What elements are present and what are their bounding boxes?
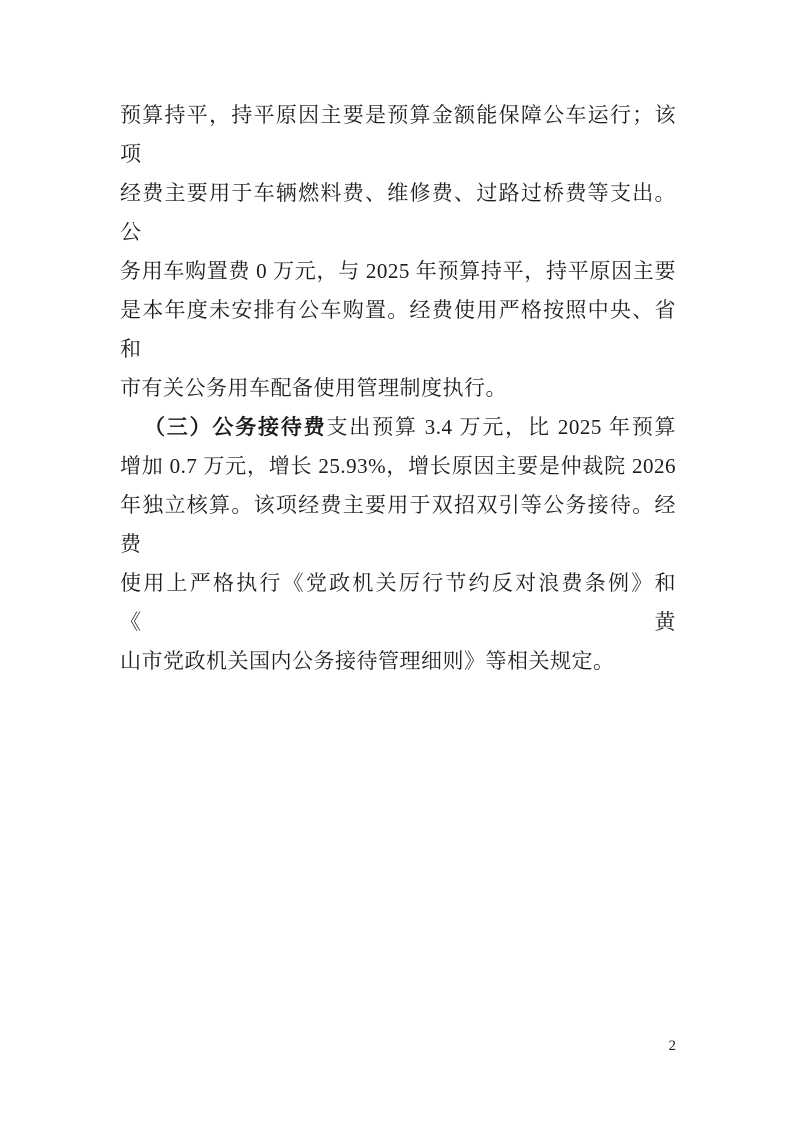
document-body: 预算持平，持平原因主要是预算金额能保障公车运行；该项 经费主要用于车辆燃料费、维… [120,96,676,681]
text-line: 经费主要用于车辆燃料费、维修费、过路过桥费等支出。公 [120,174,676,252]
paragraph-reception-expense: （三）公务接待费支出预算 3.4 万元，比 2025 年预算 增加 0.7 万元… [120,408,676,681]
text-line: 市有关公务用车配备使用管理制度执行。 [120,369,676,408]
page-number: 2 [120,1036,676,1056]
paragraph-vehicle-expense: 预算持平，持平原因主要是预算金额能保障公车运行；该项 经费主要用于车辆燃料费、维… [120,96,676,408]
document-page: 预算持平，持平原因主要是预算金额能保障公车运行；该项 经费主要用于车辆燃料费、维… [0,0,793,1122]
text-line: 务用车购置费 0 万元，与 2025 年预算持平，持平原因主要 [120,252,676,291]
text-line: 年独立核算。该项经费主要用于双招双引等公务接待。经费 [120,486,676,564]
section-heading-rest: 支出预算 3.4 万元，比 2025 年预算 [326,415,676,439]
section-heading: （三）公务接待费 [144,415,326,439]
text-line: （三）公务接待费支出预算 3.4 万元，比 2025 年预算 [120,408,676,447]
text-line: 是本年度未安排有公车购置。经费使用严格按照中央、省和 [120,291,676,369]
text-line: 使用上严格执行《党政机关厉行节约反对浪费条例》和《黄 [120,564,676,642]
text-line: 山市党政机关国内公务接待管理细则》等相关规定。 [120,642,676,681]
text-line: 增加 0.7 万元，增长 25.93%，增长原因主要是仲裁院 2026 [120,447,676,486]
text-line: 预算持平，持平原因主要是预算金额能保障公车运行；该项 [120,96,676,174]
